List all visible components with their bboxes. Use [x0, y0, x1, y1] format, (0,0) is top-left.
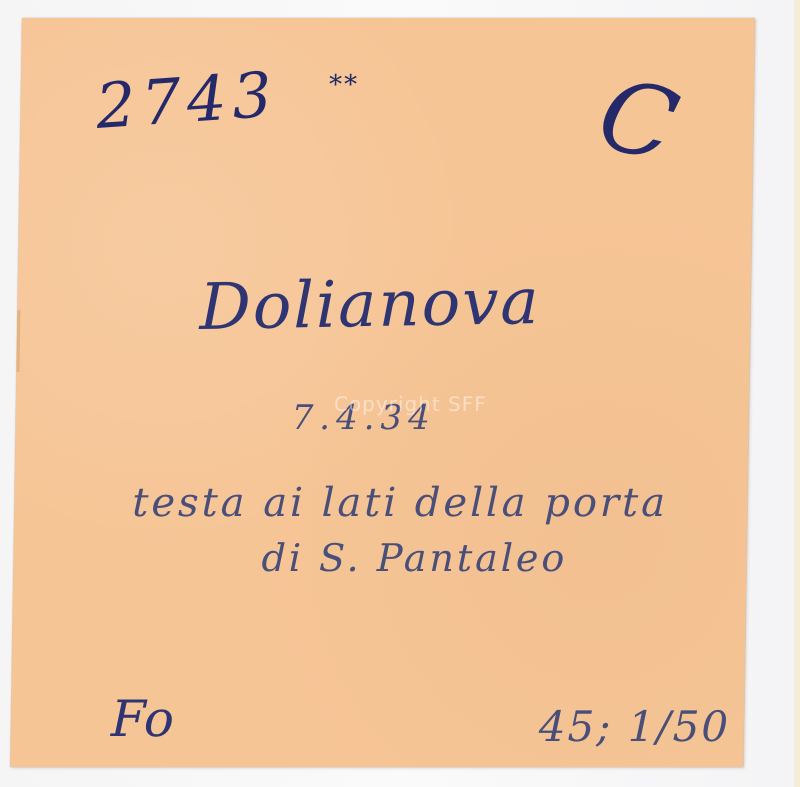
catalog-star-marks: **	[329, 70, 359, 100]
date: 7.4.34	[291, 398, 436, 438]
scale-ratio: 45; 1/50	[538, 702, 730, 751]
backing-edge	[794, 0, 800, 787]
catalog-number: 2743	[94, 57, 280, 143]
edge-mark	[16, 310, 20, 372]
index-card: 2743 ** C Dolianova 7.4.34 testa ai lati…	[10, 18, 755, 767]
scan-background: 2743 ** C Dolianova 7.4.34 testa ai lati…	[0, 0, 800, 787]
place-name: Dolianova	[199, 265, 540, 345]
category-letter: C	[587, 57, 690, 186]
description-line-1: testa ai lati della porta	[132, 480, 668, 526]
description-line-2: di S. Pantaleo	[261, 536, 568, 580]
author-initials: Fo	[111, 690, 176, 748]
